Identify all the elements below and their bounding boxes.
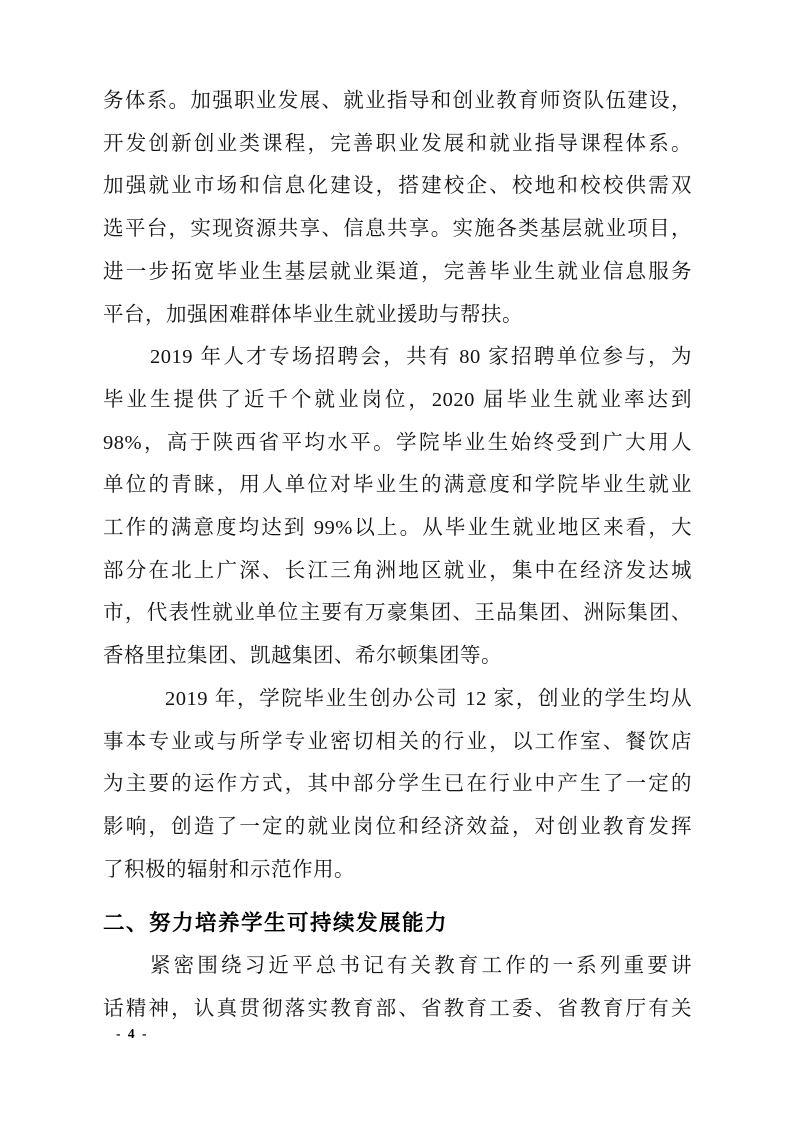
text-line: 市，代表性就业单位主要有万豪集团、王品集团、洲际集团、 <box>103 592 692 635</box>
text-line: 开发创新创业类课程，完善职业发展和就业指导课程体系。 <box>103 123 692 166</box>
paragraph-2: 2019 年人才专场招聘会，共有 80 家招聘单位参与，为 毕业生提供了近千个就… <box>103 336 692 678</box>
text-line: 2019 年人才专场招聘会，共有 80 家招聘单位参与，为 <box>103 336 692 379</box>
section-heading: 二、努力培养学生可持续发展能力 <box>103 902 692 945</box>
text-line: 进一步拓宽毕业生基层就业渠道，完善毕业生就业信息服务 <box>103 251 692 294</box>
paragraph-3: 2019 年，学院毕业生创办公司 12 家，创业的学生均从 事本专业或与所学专业… <box>103 678 692 892</box>
text-line: 2019 年，学院毕业生创办公司 12 家，创业的学生均从 <box>103 678 692 721</box>
document-page: 务体系。加强职业发展、就业指导和创业教育师资队伍建设， 开发创新创业类课程，完善… <box>0 0 793 1123</box>
text-line: 毕业生提供了近千个就业岗位，2020 届毕业生就业率达到 <box>103 379 692 422</box>
page-number: - 4 - <box>116 1026 149 1042</box>
text-line: 香格里拉集团、凯越集团、希尔顿集团等。 <box>103 635 692 678</box>
text-line: 紧密围绕习近平总书记有关教育工作的一系列重要讲 <box>103 945 692 988</box>
text-line: 单位的青睐，用人单位对毕业生的满意度和学院毕业生就业 <box>103 464 692 507</box>
text-line: 工作的满意度均达到 99%以上。从毕业生就业地区来看，大 <box>103 507 692 550</box>
text-line: 选平台，实现资源共享、信息共享。实施各类基层就业项目， <box>103 208 692 251</box>
text-line: 平台，加强困难群体毕业生就业援助与帮扶。 <box>103 294 692 337</box>
text-line: 话精神，认真贯彻落实教育部、省教育工委、省教育厅有关 <box>103 988 692 1031</box>
text-line: 部分在北上广深、长江三角洲地区就业，集中在经济发达城 <box>103 550 692 593</box>
text-line: 加强就业市场和信息化建设，搭建校企、校地和校校供需双 <box>103 165 692 208</box>
text-line: 务体系。加强职业发展、就业指导和创业教育师资队伍建设， <box>103 80 692 123</box>
text-line: 影响，创造了一定的就业岗位和经济效益，对创业教育发挥 <box>103 806 692 849</box>
text-line: 为主要的运作方式，其中部分学生已在行业中产生了一定的 <box>103 763 692 806</box>
text-line: 事本专业或与所学专业密切相关的行业，以工作室、餐饮店 <box>103 721 692 764</box>
text-line: 了积极的辐射和示范作用。 <box>103 849 692 892</box>
text-line: 98%，高于陕西省平均水平。学院毕业生始终受到广大用人 <box>103 422 692 465</box>
paragraph-4: 紧密围绕习近平总书记有关教育工作的一系列重要讲 话精神，认真贯彻落实教育部、省教… <box>103 945 692 1030</box>
paragraph-1: 务体系。加强职业发展、就业指导和创业教育师资队伍建设， 开发创新创业类课程，完善… <box>103 80 692 336</box>
document-body: 务体系。加强职业发展、就业指导和创业教育师资队伍建设， 开发创新创业类课程，完善… <box>103 80 692 1030</box>
